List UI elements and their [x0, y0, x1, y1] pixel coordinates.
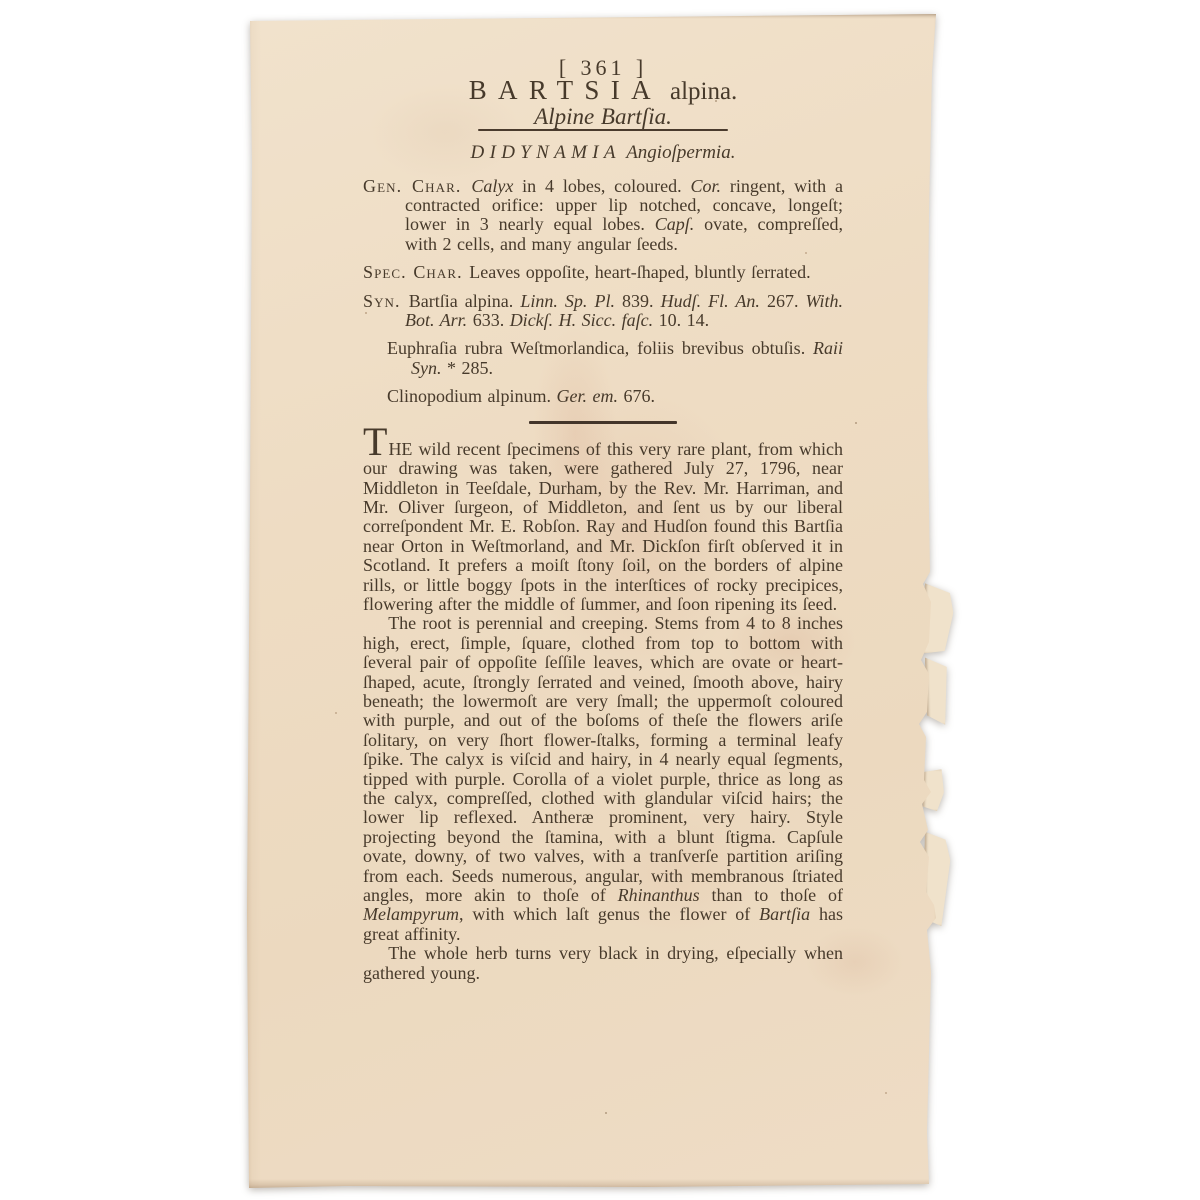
genus-name: BARTSIA — [469, 75, 662, 105]
scan-background: [ 361 ] BARTSIAalpina. Alpine Bartſia. D… — [0, 0, 1200, 1200]
paper-sheet: [ 361 ] BARTSIAalpina. Alpine Bartſia. D… — [245, 12, 939, 1188]
description-paragraph: The root is perennial and creeping. Stem… — [363, 614, 843, 944]
species-epithet: alpina. — [670, 78, 737, 105]
generic-character-paragraph: Gen. Char. Calyx in 4 lobes, coloured. C… — [363, 177, 843, 255]
section-divider — [529, 421, 677, 424]
synonym-euphrasia-paragraph: Euphraſia rubra Weſtmorlandica, foliis b… — [363, 339, 843, 378]
english-title: Alpine Bartſia. — [363, 107, 843, 126]
synonym-clinopodium-paragraph: Clinopodium alpinum. Ger. em. 676. — [363, 387, 843, 406]
paper-specks — [245, 12, 247, 14]
classification-line: DIDYNAMIA Angioſpermia. — [363, 143, 843, 162]
intro-paragraph: THE wild recent ſpecimens of this very r… — [363, 440, 843, 615]
paper-wrap: [ 361 ] BARTSIAalpina. Alpine Bartſia. D… — [245, 12, 939, 1188]
synonyms-paragraph: Syn. Bartſia alpina. Linn. Sp. Pl. 839. … — [363, 292, 843, 331]
page-content: [ 361 ] BARTSIAalpina. Alpine Bartſia. D… — [245, 12, 939, 983]
subtitle-rule — [478, 129, 728, 131]
closing-paragraph: The whole herb turns very black in dryin… — [363, 944, 843, 983]
torn-edge-flap — [925, 657, 951, 726]
species-title: BARTSIAalpina. — [363, 81, 843, 101]
specific-character-paragraph: Spec. Char. Leaves oppoſite, heart-ſhape… — [363, 263, 843, 282]
